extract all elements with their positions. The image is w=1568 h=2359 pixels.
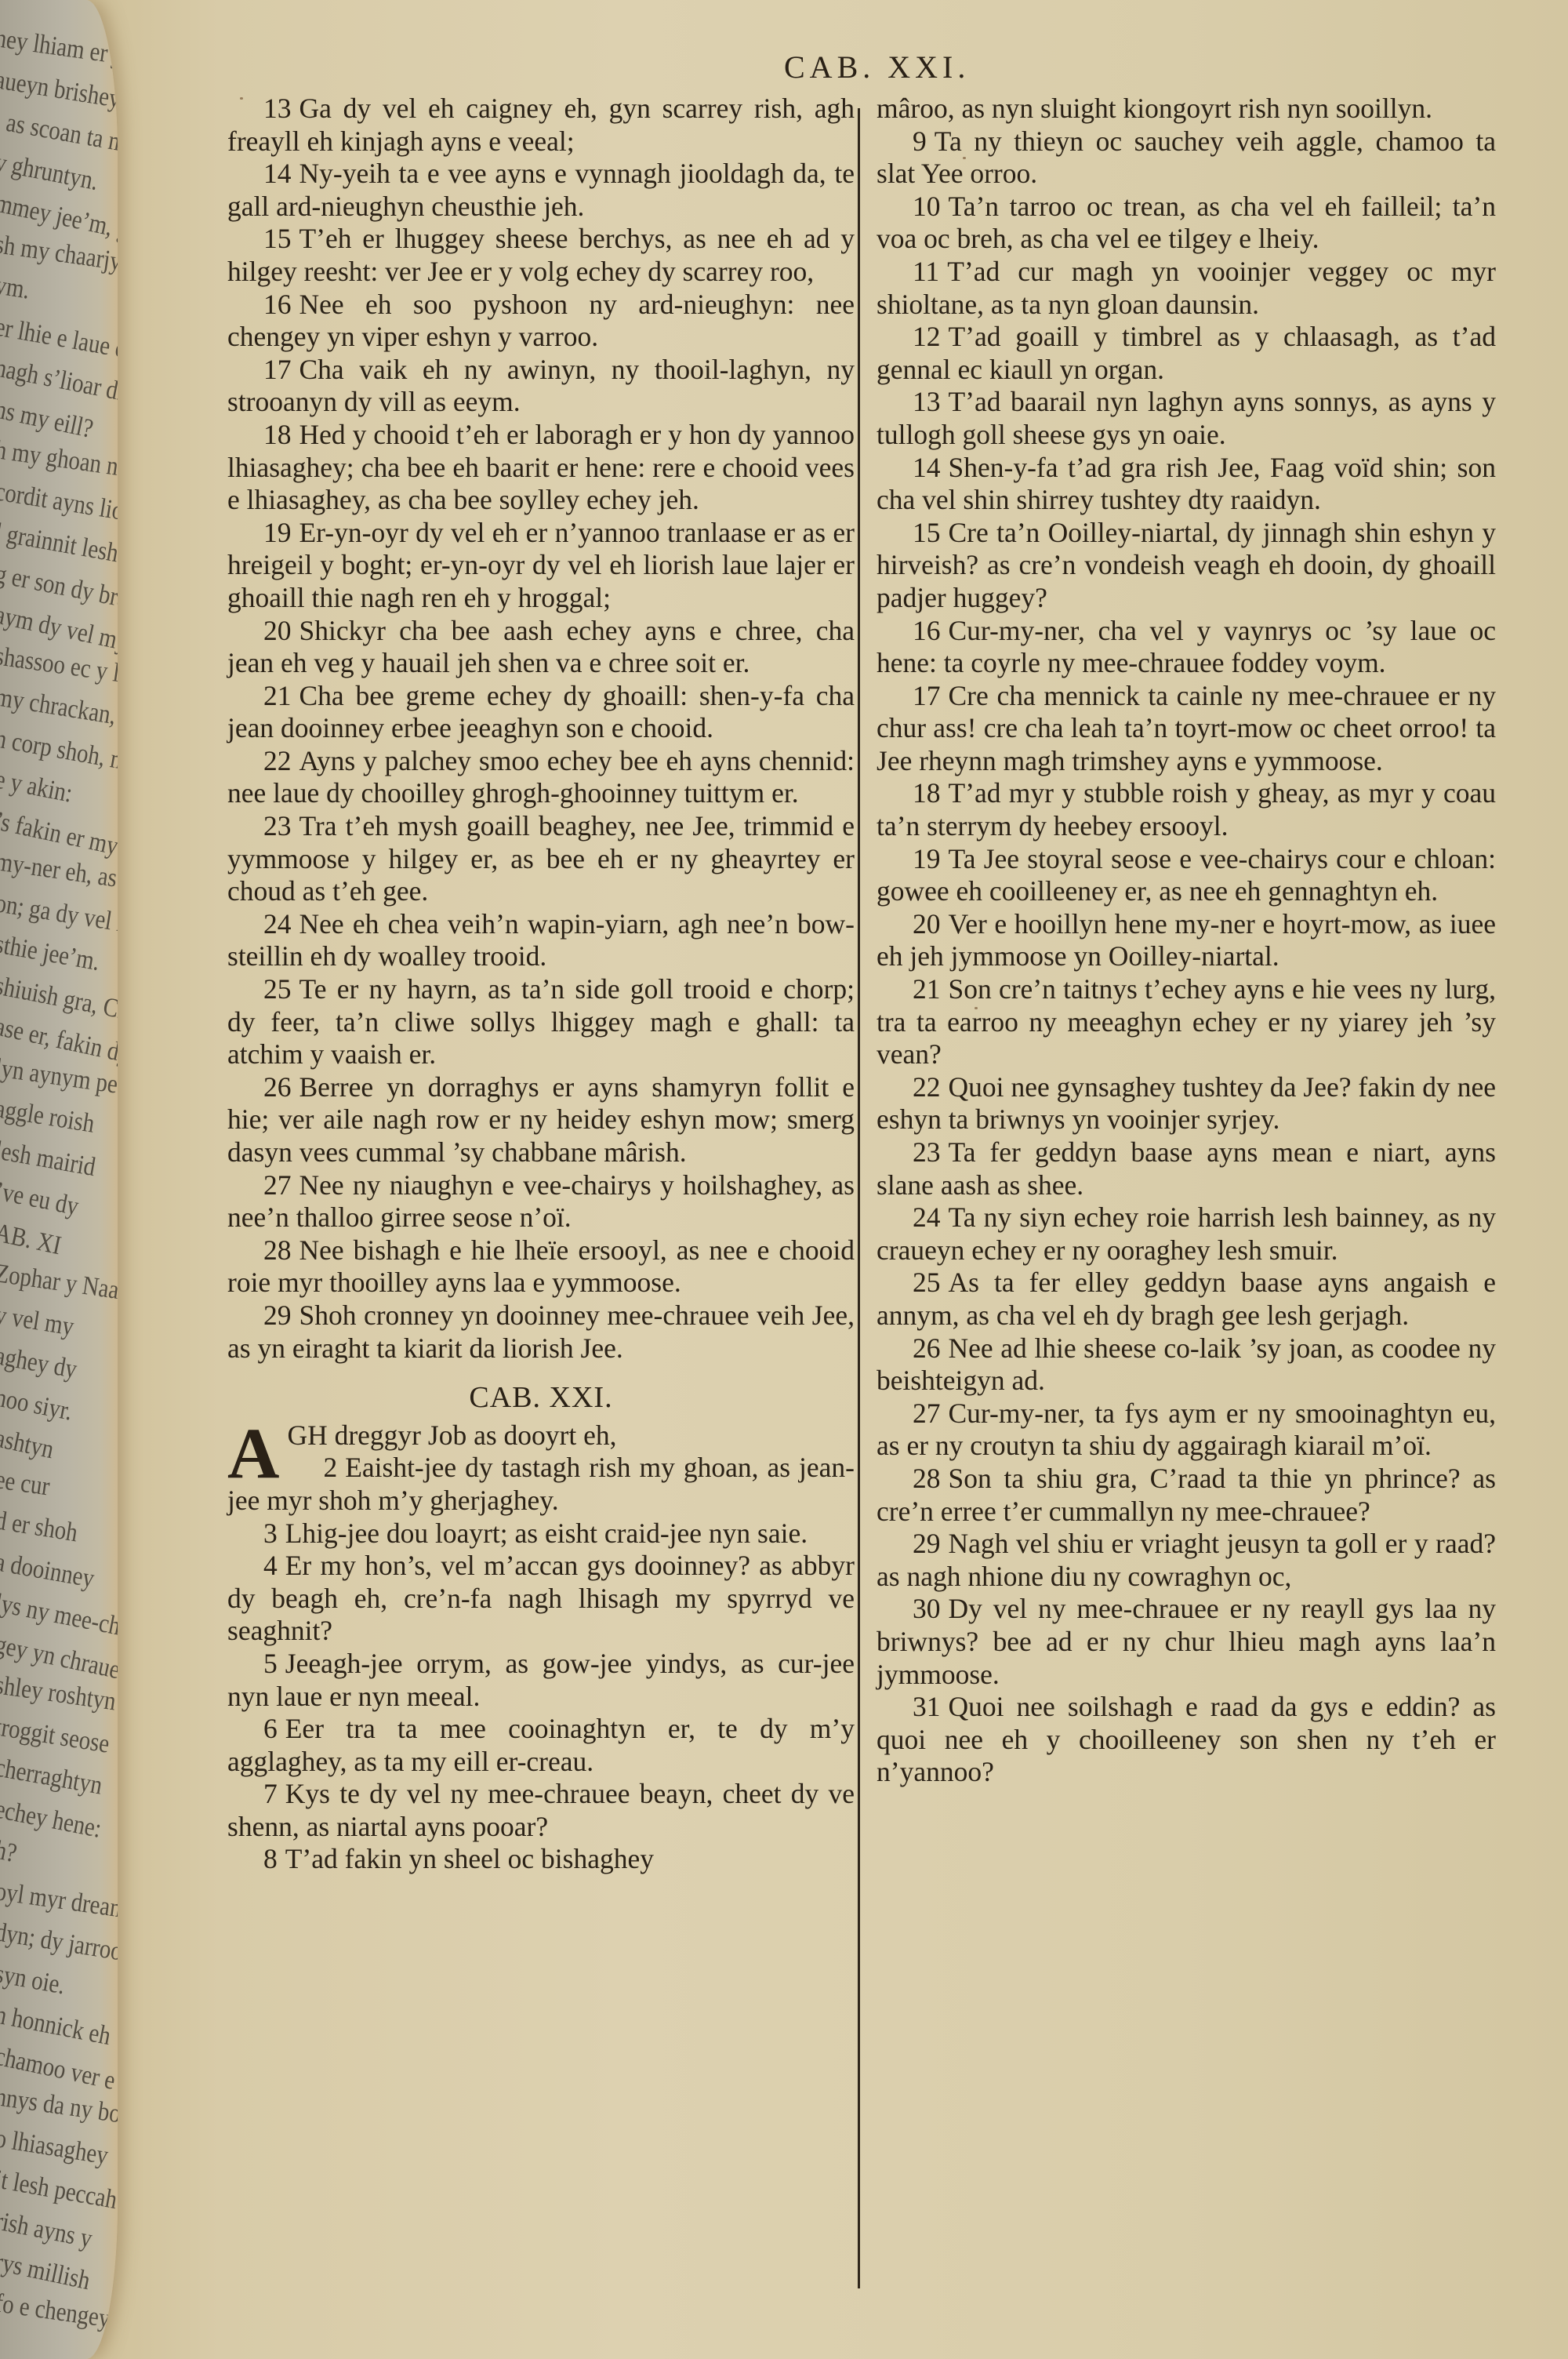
verse-number: 16 [263,289,292,320]
paper-speck [963,157,966,159]
verse: 22Ayns y palchey smoo echey bee eh ayns … [227,745,855,810]
verse-text: Hed y chooid t’eh er laboragh er y hon d… [227,419,855,515]
verse: 12T’ad goaill y timbrel as y chlaasagh, … [877,321,1496,386]
verse-number: 27 [263,1169,292,1201]
verse-text: Ta’n tarroo oc trean, as cha vel eh fail… [877,191,1496,255]
column-divider-rule [858,108,860,2288]
previous-page-text-fragment: oyl myr dream [0,1877,118,1925]
verse-text: T’ad fakin yn sheel oc bishaghey [285,1843,654,1874]
verse-text: T’ad goaill y timbrel as y chlaasagh, as… [877,321,1496,385]
previous-page-text-fragment: dyn; dy jarroo [0,1917,118,1967]
verse: 7Kys te dy vel ny mee-chrauee beayn, che… [227,1778,855,1843]
verse-text: Kys te dy vel ny mee-chrauee beayn, chee… [227,1778,855,1842]
previous-page-text-fragment: ns my eill? [0,394,96,445]
verse-text: Son ta shiu gra, C’raad ta thie yn phrin… [877,1463,1496,1527]
paper-speck [975,1007,978,1009]
verse-number: 6 [263,1713,278,1744]
verse: 29Nagh vel shiu er vriaght jeusyn ta gol… [877,1528,1496,1593]
verse-text: Ayns y palchey smoo echey bee eh ayns ch… [227,745,855,809]
previous-page-text-fragment: n honnick eh [0,2000,113,2052]
verse-number: 31 [913,1691,941,1722]
verse: 21Son cre’n taitnys t’echey ayns e hie v… [877,973,1496,1071]
verse-number: 18 [913,777,941,809]
verse: 10Ta’n tarroo oc trean, as cha vel eh fa… [877,191,1496,256]
verse-text: T’ad baarail nyn laghyn ayns sonnys, as … [877,386,1496,450]
previous-page-text-fragment: y vel my [0,1300,76,1342]
previous-page-text-fragment: AB. XI [0,1218,64,1261]
verse: 15T’eh er lhuggey sheese berchys, as nee… [227,223,855,288]
verse-number: 22 [263,745,292,776]
verse: 25Te er ny hayrn, as ta’n side goll troo… [227,973,855,1071]
verse-number: 14 [913,452,941,483]
verse-number: 30 [913,1593,941,1624]
verse: 27Cur-my-ner, ta fys aym er ny smooinagh… [877,1398,1496,1463]
verse-number: 14 [263,158,292,189]
previous-page-text-fragment: a dooinney [0,1547,96,1594]
verse-text: Lhig-jee dou loayrt; as eisht craid-jee … [285,1518,808,1549]
verse-text: Cre ta’n Ooilley-niartal, dy jinnagh shi… [877,517,1496,613]
previous-page-text-fragment: syn oie. [0,1959,67,2001]
verse-number: 21 [263,680,292,711]
verse-number: 16 [913,615,941,646]
verse-text: Er my hon’s, vel m’accan gys dooinney? a… [227,1550,855,1646]
verse-number: 22 [913,1071,941,1103]
verse: 16Cur-my-ner, cha vel y vaynrys oc ’sy l… [877,615,1496,680]
verse: 25As ta fer elley geddyn baase ayns anga… [877,1267,1496,1332]
verse-number: 15 [913,517,941,548]
chapter-heading: CAB. XXI. [227,1382,855,1415]
verse-number: 26 [913,1332,941,1364]
verse-text: Ta fer geddyn baase ayns mean e niart, a… [877,1136,1496,1201]
verse-text: Nee ny niaughyn e vee-chairys y hoilshag… [227,1169,855,1234]
right-column: mâroo, as nyn sluight kiongoyrt rish nyn… [877,93,1496,1789]
verse-text: Jeeagh-jee orrym, as gow-jee yindys, as … [227,1648,855,1712]
drop-cap-letter: A [227,1423,279,1484]
previous-page-text-fragment: troggit seose [0,1712,111,1760]
previous-page-text-fragment: echey hene: [0,1794,103,1844]
running-head: CAB. XXI. [784,49,970,85]
verse: 14Shen-y-fa t’ad gra rish Jee, Faag voïd… [877,452,1496,517]
verse-number: 23 [913,1136,941,1168]
verse-number: 29 [263,1299,292,1331]
verse-text: Shoh cronney yn dooinney mee-chrauee vei… [227,1299,855,1364]
left-column: 13Ga dy vel eh caigney eh, gyn scarrey r… [227,93,855,1876]
verse-number: 20 [263,615,292,646]
paper-speck [240,97,243,100]
verse-number: 15 [263,223,292,254]
verse-text: Er-yn-oyr dy vel eh er n’yannoo tranlaas… [227,517,855,613]
previous-page-text-fragment: h? [0,1835,20,1869]
verse: 18T’ad myr y stubble roish y gheay, as m… [877,777,1496,842]
verse: 14Ny-yeih ta e vee ayns e vynnagh jioold… [227,158,855,223]
verse-text: Nee ad lhie sheese co-laik ’sy joan, as … [877,1332,1496,1397]
previous-page-text-fragment: sthie jee’m. [0,929,102,977]
verse-text: Eaisht-jee dy tastagh rish my ghoan, as … [227,1452,855,1516]
verse-text: T’eh er lhuggey sheese berchys, as nee e… [227,223,855,287]
verse: 24Nee eh chea veih’n wapin-yiarn, agh ne… [227,908,855,973]
verse: 30Dy vel ny mee-chrauee er ny reayll gys… [877,1593,1496,1691]
verse: 26Nee ad lhie sheese co-laik ’sy joan, a… [877,1332,1496,1398]
verse: 26Berree yn dorraghys er ayns shamyryn f… [227,1071,855,1169]
verse-text: Cha vaik eh ny awinyn, ny thooil-laghyn,… [227,354,855,418]
verse-text: Nee eh chea veih’n wapin-yiarn, agh nee’… [227,908,855,972]
verse: 19Er-yn-oyr dy vel eh er n’yannoo tranla… [227,517,855,615]
verse-number: 13 [913,386,941,417]
verse: 5Jeeagh-jee orrym, as gow-jee yindys, as… [227,1648,855,1713]
verse-text: Shickyr cha bee aash echey ayns e chree,… [227,615,855,679]
verse: 3Lhig-jee dou loayrt; as eisht craid-jee… [227,1518,855,1550]
previous-page-text-fragment: d er shoh [0,1506,80,1548]
verse-text: T’ad myr y stubble roish y gheay, as myr… [877,777,1496,841]
verse-text: T’ad cur magh yn vooinjer veggey oc myr … [877,256,1496,320]
verse: 19Ta Jee stoyral seose e vee-chairys cou… [877,843,1496,908]
verse-number: 27 [913,1398,941,1429]
verse: 11T’ad cur magh yn vooinjer veggey oc my… [877,256,1496,321]
verse-text: Ta ny siyn echey roie harrish lesh bainn… [877,1201,1496,1266]
verse-number: 24 [263,908,292,940]
previous-page-curl: ney lhiam er jynaueyn brishey trooid, as… [0,0,118,2359]
verse: 23Ta fer geddyn baase ayns mean e niart,… [877,1136,1496,1201]
verse: 21Cha bee greme echey dy ghoaill: shen-y… [227,680,855,745]
verse-number: 7 [263,1778,278,1809]
verse-text: Quoi nee soilshagh e raad da gys e eddin… [877,1691,1496,1787]
verse-number: 8 [263,1843,278,1874]
verse-number: 19 [913,843,941,874]
previous-page-text-fragment: ashtyn [0,1423,56,1465]
verse-text: Berree yn dorraghys er ayns shamyryn fol… [227,1071,855,1168]
previous-page-text-fragment: o lhiasaghey [0,2124,110,2171]
verse-text: Son cre’n taitnys t’echey ayns e hie vee… [877,973,1496,1070]
verse: 20Ver e hooillyn hene my-ner e hoyrt-mow… [877,908,1496,973]
verse-number: 11 [913,256,939,287]
verse-number: 12 [913,321,941,352]
verse-text: Shen-y-fa t’ad gra rish Jee, Faag voïd s… [877,452,1496,516]
verse-number: 2 [323,1452,337,1483]
verse: 4Er my hon’s, vel m’accan gys dooinney? … [227,1550,855,1648]
verse: 20Shickyr cha bee aash echey ayns e chre… [227,615,855,680]
verse-number: 19 [263,517,292,548]
verse-text: Ver e hooillyn hene my-ner e hoyrt-mow, … [877,908,1496,972]
verse: 17Cha vaik eh ny awinyn, ny thooil-laghy… [227,354,855,419]
previous-page-text-fragment: noo siyr. [0,1383,74,1427]
verse: 31Quoi nee soilshagh e raad da gys e edd… [877,1691,1496,1789]
verse-number: 28 [263,1234,292,1266]
verse: 22Quoi nee gynsaghey tushtey da Jee? fak… [877,1071,1496,1136]
verse: 15Cre ta’n Ooilley-niartal, dy jinnagh s… [877,517,1496,615]
verse: 27Nee ny niaughyn e vee-chairys y hoilsh… [227,1169,855,1234]
previous-page-text-fragment: lesh mairid [0,1136,98,1183]
verse-number: 3 [263,1518,278,1549]
previous-page-text-fragment: ym. [0,271,32,305]
previous-page-text-fragment: cherraghtyn [0,1753,104,1801]
verse: 29Shoh cronney yn dooinney mee-chrauee v… [227,1299,855,1365]
verse-text: Cur-my-ner, cha vel y vaynrys oc ’sy lau… [877,615,1496,679]
verse-continuation: mâroo, as nyn sluight kiongoyrt rish nyn… [877,93,1496,125]
verse: 9Ta ny thieyn oc sauchey veih aggle, cha… [877,125,1496,191]
verse-number: 20 [913,908,941,940]
previous-page-text-fragment: ney lhiam er jyn [0,24,118,74]
verse: 8T’ad fakin yn sheel oc bishaghey [227,1843,855,1876]
verse: 2Eaisht-jee dy tastagh rish my ghoan, as… [227,1452,855,1517]
verse-text: Ny-yeih ta e vee ayns e vynnagh jiooldag… [227,158,855,222]
verse-number: 18 [263,419,292,450]
verse-number: 13 [263,93,292,124]
previous-page-text-fragment: ’ve eu dy [0,1176,81,1222]
previous-page-text-fragment: h my ghoan nish [0,435,118,485]
verse-text: Nagh vel shiu er vriaght jeusyn ta goll … [877,1528,1496,1592]
verse: 13Ga dy vel eh caigney eh, gyn scarrey r… [227,93,855,158]
verse-number: 23 [263,810,292,841]
verse-number: 29 [913,1528,941,1559]
verse: 24Ta ny siyn echey roie harrish lesh bai… [877,1201,1496,1267]
verse: 13T’ad baarail nyn laghyn ayns sonnys, a… [877,386,1496,451]
verse-text: Cur-my-ner, ta fys aym er ny smooinaghty… [877,1398,1496,1462]
opening-text: GH dreggyr Job as dooyrt eh, [287,1419,616,1451]
verse: 6Eer tra ta mee cooinaghtyn er, te dy m’… [227,1713,855,1778]
verse-number: 25 [263,973,292,1005]
verse-text: Cre cha mennick ta cainle ny mee-chrauee… [877,680,1496,776]
verse-text: Te er ny hayrn, as ta’n side goll trooid… [227,973,855,1070]
verse-text: Dy vel ny mee-chrauee er ny reayll gys l… [877,1593,1496,1689]
verse: 17Cre cha mennick ta cainle ny mee-chrau… [877,680,1496,778]
previous-page-text-fragment: e y akin: [0,765,74,809]
verse-text: Ta Jee stoyral seose e vee-chairys cour … [877,843,1496,907]
verse-text: Ta ny thieyn oc sauchey veih aggle, cham… [877,125,1496,190]
verse-text: Tra t’eh mysh goaill beaghey, nee Jee, t… [227,810,855,907]
previous-page-text-fragment: aggle roish [0,1094,96,1139]
previous-page-text-fragment: rish ayns y [0,2206,95,2254]
verse-number: 17 [263,354,292,385]
verse-text: Ga dy vel eh caigney eh, gyn scarrey ris… [227,93,855,157]
verse: 23Tra t’eh mysh goaill beaghey, nee Jee,… [227,810,855,908]
verse-number: 21 [913,973,941,1005]
previous-page-text-fragment: y ghruntyn. [0,147,100,197]
previous-page-text-fragment: aghey dy [0,1341,79,1385]
verse: 28Nee bishagh e hie lheïe ersooyl, as ne… [227,1234,855,1299]
previous-page-text-fragment: ee cur [0,1465,52,1502]
verse-text: Quoi nee gynsaghey tushtey da Jee? fakin… [877,1071,1496,1136]
verse-number: 17 [913,680,941,711]
verse-text: As ta fer elley geddyn baase ayns angais… [877,1267,1496,1331]
verse-number: 4 [263,1550,278,1581]
verse-number: 26 [263,1071,292,1103]
verse-number: 25 [913,1267,941,1298]
verse-number: 10 [913,191,941,222]
verse: 28Son ta shiu gra, C’raad ta thie yn phr… [877,1463,1496,1528]
verse: 18Hed y chooid t’eh er laboragh er y hon… [227,419,855,517]
verse-number: 24 [913,1201,941,1233]
verse-text: Cha bee greme echey dy ghoaill: shen-y-f… [227,680,855,744]
verse: 16Nee eh soo pyshoon ny ard-nieughyn: ne… [227,289,855,354]
verse-text: Eer tra ta mee cooinaghtyn er, te dy m’y… [227,1713,855,1777]
verse-number: 9 [913,125,927,157]
verse-number: 28 [913,1463,941,1494]
previous-page-text-fragment: it lesh peccah [0,2165,118,2215]
verse-text: Nee bishagh e hie lheïe ersooyl, as nee … [227,1234,855,1299]
previous-page-text-fragment: fo e chengey; [0,2288,118,2335]
verse-text: Nee eh soo pyshoon ny ard-nieughyn: nee … [227,289,855,353]
verse-number: 5 [263,1648,278,1679]
chapter-opening: AGH dreggyr Job as dooyrt eh, [227,1419,855,1452]
previous-page-text-fragment: rys millish [0,2247,93,2296]
